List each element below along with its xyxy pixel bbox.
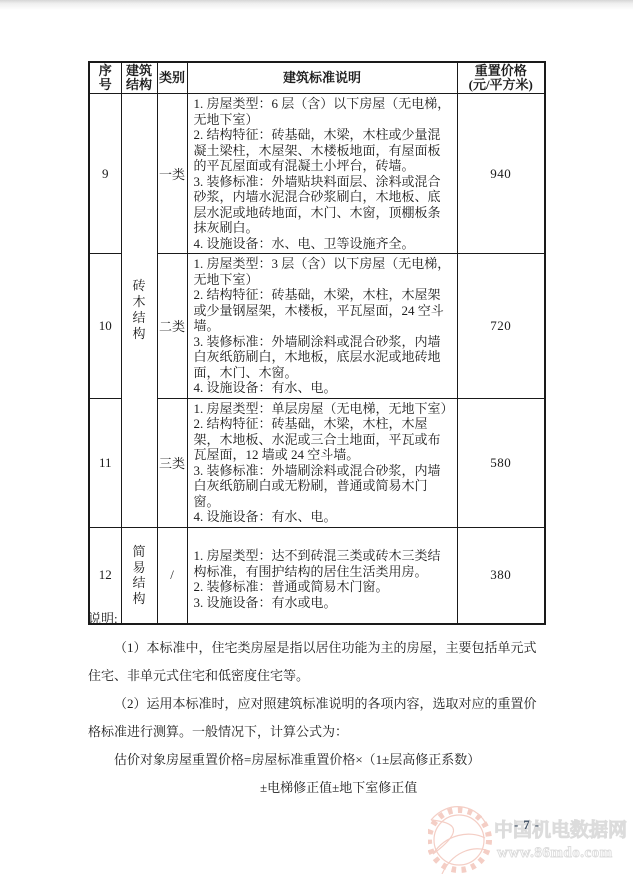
category-cell: 三类 xyxy=(157,398,187,527)
header-price: 重置价格 (元/平方米) xyxy=(457,62,545,94)
table-header-row: 序 号 建筑 结构 类别 建筑标准说明 重置价格 (元/平方米) xyxy=(89,62,545,94)
desc-item-facilities: 4. 设施设备：有水、电。 xyxy=(194,509,453,525)
notes-section: 说明: （1）本标准中，住宅类房屋是指以居住功能为主的房屋，主要包括单元式住宅、… xyxy=(88,607,545,802)
category-cell: 二类 xyxy=(157,254,187,399)
header-structure: 建筑 结构 xyxy=(121,62,157,94)
building-standards-table: 序 号 建筑 结构 类别 建筑标准说明 重置价格 (元/平方米) 9 砖木结构 … xyxy=(88,61,546,625)
desc-item-structure-features: 2. 结构特征：砖基础，木梁，木柱，木屋架，木地板、水泥或三合土地面，平瓦或布瓦… xyxy=(194,416,453,463)
header-category: 类别 xyxy=(157,62,187,94)
row-no: 9 xyxy=(89,94,121,254)
desc-item-decoration-standard: 3. 装修标准：外墙刷涂料或混合砂浆，内墙白灰纸筋刷白或无粉刷，普通或简易木门窗… xyxy=(194,463,453,510)
desc-item-facilities: 4. 设施设备：水、电、卫等设施齐全。 xyxy=(194,236,453,252)
formula-line-1: 估价对象房屋重置价格=房屋标准重置价格×（1±层高修正系数） xyxy=(88,746,545,774)
desc-item-house-type: 1. 房屋类型：6 层（含）以下房屋（无电梯，无地下室） xyxy=(194,96,453,127)
description-cell: 1. 房屋类型：单层房屋（无电梯，无地下室） 2. 结构特征：砖基础，木梁，木柱… xyxy=(187,398,457,527)
description-cell: 1. 房屋类型：6 层（含）以下房屋（无电梯，无地下室） 2. 结构特征：砖基础… xyxy=(187,94,457,254)
table-row: 10 二类 1. 房屋类型：3 层（含）以下房屋（无电梯，无地下室） 2. 结构… xyxy=(89,254,545,399)
desc-item-house-type: 1. 房屋类型：达不到砖混三类或砖木三类结构标准，有围护结构的居住生活类用房。 xyxy=(194,548,453,579)
description-cell: 1. 房屋类型：3 层（含）以下房屋（无电梯，无地下室） 2. 结构特征：砖基础… xyxy=(187,254,457,399)
structure-label-vertical: 简易结构 xyxy=(132,544,146,606)
desc-item-house-type: 1. 房屋类型：3 层（含）以下房屋（无电梯，无地下室） xyxy=(194,256,453,287)
header-description: 建筑标准说明 xyxy=(187,62,457,94)
header-no: 序 号 xyxy=(89,62,121,94)
page-top-edge-shade xyxy=(0,0,633,10)
row-no: 10 xyxy=(89,254,121,399)
watermark-url-text: www.86mdo.com xyxy=(497,845,613,861)
desc-item-decoration-standard: 2. 装修标准：普通或简易木门窗。 xyxy=(194,579,453,595)
note-paragraph-1: （1）本标准中，住宅类房屋是指以居住功能为主的房屋，主要包括单元式住宅、非单元式… xyxy=(88,634,545,690)
notes-title: 说明: xyxy=(88,607,545,631)
price-cell: 940 xyxy=(457,94,545,254)
desc-item-structure-features: 2. 结构特征：砖基础，木梁，木柱，木屋架或少量钢屋架，木楼板，平瓦屋面，24 … xyxy=(194,287,453,334)
desc-item-house-type: 1. 房屋类型：单层房屋（无电梯，无地下室） xyxy=(194,401,453,417)
row-no: 11 xyxy=(89,398,121,527)
page-number: - 7 - xyxy=(504,818,550,833)
structure-cell-merged: 砖木结构 xyxy=(121,94,157,528)
gear-icon xyxy=(429,807,489,874)
table-row: 9 砖木结构 一类 1. 房屋类型：6 层（含）以下房屋（无电梯，无地下室） 2… xyxy=(89,94,545,254)
table-row: 11 三类 1. 房屋类型：单层房屋（无电梯，无地下室） 2. 结构特征：砖基础… xyxy=(89,398,545,527)
desc-item-decoration-standard: 3. 装修标准：外墙贴块料面层、涂料或混合砂浆，内墙水泥混合砂浆刷白，木地板、底… xyxy=(194,174,453,236)
desc-item-structure-features: 2. 结构特征：砖基础，木梁，木柱或少量混凝土梁柱，木屋架、木楼板地面，有屋面板… xyxy=(194,127,453,174)
price-cell: 580 xyxy=(457,398,545,527)
document-page: { "colors": { "border": "#1a1a1a", "text… xyxy=(0,0,633,874)
note-paragraph-2: （2）运用本标准时，应对照建筑标准说明的各项内容，选取对应的重置价格标准进行测算… xyxy=(88,690,545,746)
price-cell: 720 xyxy=(457,254,545,399)
category-cell: 一类 xyxy=(157,94,187,254)
desc-item-decoration-standard: 3. 装修标准：外墙刷涂料或混合砂浆，内墙白灰纸筋刷白，木地板，底层水泥或地砖地… xyxy=(194,334,453,381)
desc-item-facilities: 4. 设施设备：有水、电。 xyxy=(194,380,453,396)
structure-label-vertical: 砖木结构 xyxy=(132,278,146,342)
